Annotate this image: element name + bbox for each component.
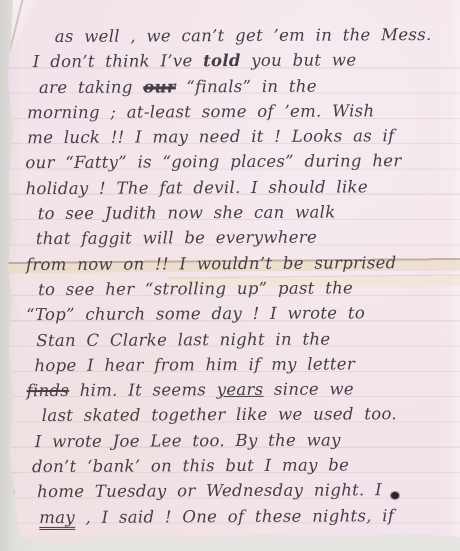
letter-word-segment: to see her “strolling up” past the bbox=[38, 278, 353, 299]
letter-word-segment: him. It seems bbox=[69, 380, 217, 400]
letter-word-segment: hope I hear from him if my letter bbox=[34, 354, 355, 375]
letter-line: I wrote Joe Lee too. By the way bbox=[35, 427, 457, 455]
letter-line: to see Judith now she can walk bbox=[38, 199, 456, 226]
letter-word-segment: may bbox=[39, 508, 75, 530]
letter-word-segment: from now on !! I wouldn’t be surprised bbox=[26, 253, 397, 274]
letter-word-segment: since we bbox=[263, 380, 354, 399]
letter-word-segment: finds bbox=[27, 381, 70, 400]
letter-text: as well , we can’t get ’em in the Mess.I… bbox=[25, 22, 458, 530]
letter-word-segment: me luck !! I may need it ! Looks as if bbox=[27, 126, 394, 147]
letter-word-segment: Stan C Clarke last night in the bbox=[36, 329, 330, 350]
letter-word-segment: I wrote Joe Lee too. By the way bbox=[35, 430, 341, 451]
letter-word-segment: holiday ! The fat devil. I should like bbox=[25, 177, 367, 198]
letter-word-segment: told bbox=[203, 51, 241, 70]
letter-word-segment: our “Fatty” is “going places” during her bbox=[25, 152, 401, 173]
letter-line: holiday ! The fat devil. I should like bbox=[25, 174, 455, 202]
letter-line: I don’t think I’ve told you but we bbox=[33, 47, 455, 75]
letter-line: that faggit will be everywhere bbox=[36, 224, 456, 251]
letter-line: may , I said ! One of these nights, if bbox=[39, 503, 457, 530]
letter-word-segment: you but we bbox=[241, 51, 357, 71]
letter-line: finds him. It seems years since we bbox=[27, 376, 457, 404]
letter-page: as well , we can’t get ’em in the Mess.I… bbox=[0, 0, 460, 551]
letter-line: Stan C Clarke last night in the bbox=[36, 325, 456, 352]
letter-word-segment: years bbox=[217, 380, 264, 399]
letter-line: our “Fatty” is “going places” during her bbox=[25, 148, 455, 176]
letter-line: are taking our “finals” in the bbox=[39, 72, 455, 99]
letter-word-segment: I don’t think I’ve bbox=[33, 51, 203, 71]
letter-word-segment: morning ; at-least some of ’em. Wish bbox=[27, 101, 374, 122]
letter-word-segment: home Tuesday or Wednesday night. I bbox=[37, 481, 382, 502]
letter-word-segment: “finals” in the bbox=[176, 76, 317, 96]
letter-line: as well , we can’t get ’em in the Mess. bbox=[55, 22, 455, 49]
letter-word-segment: our bbox=[143, 77, 176, 96]
letter-word-segment: that faggit will be everywhere bbox=[36, 228, 317, 248]
letter-word-segment: are taking bbox=[39, 77, 143, 97]
letter-line: to see her “strolling up” past the bbox=[38, 275, 456, 302]
photo-background: as well , we can’t get ’em in the Mess.I… bbox=[0, 0, 460, 551]
ink-blot bbox=[391, 492, 399, 499]
letter-word-segment: as well , we can’t get ’em in the Mess. bbox=[55, 25, 432, 46]
letter-word-segment: , I said ! One of these nights, if bbox=[75, 506, 394, 527]
letter-word-segment: “Top” church some day ! I wrote to bbox=[26, 304, 365, 325]
letter-line: “Top” church some day ! I wrote to bbox=[26, 300, 456, 328]
letter-line: hope I hear from him if my letter bbox=[34, 351, 456, 379]
letter-line: home Tuesday or Wednesday night. I bbox=[37, 477, 457, 504]
letter-word-segment: last skated together like we used too. bbox=[42, 405, 397, 426]
letter-word-segment: to see Judith now she can walk bbox=[38, 203, 336, 224]
letter-line: don’t ‘bank’ on this but I may be bbox=[32, 452, 457, 480]
letter-line: me luck !! I may need it ! Looks as if bbox=[27, 123, 455, 151]
bottom-left-crease bbox=[5, 490, 15, 542]
letter-line: last skated together like we used too. bbox=[42, 401, 457, 428]
letter-line: from now on !! I wouldn’t be surprised bbox=[26, 250, 456, 278]
letter-line: morning ; at-least some of ’em. Wish bbox=[27, 98, 455, 126]
letter-word-segment: don’t ‘bank’ on this but I may be bbox=[32, 455, 349, 476]
